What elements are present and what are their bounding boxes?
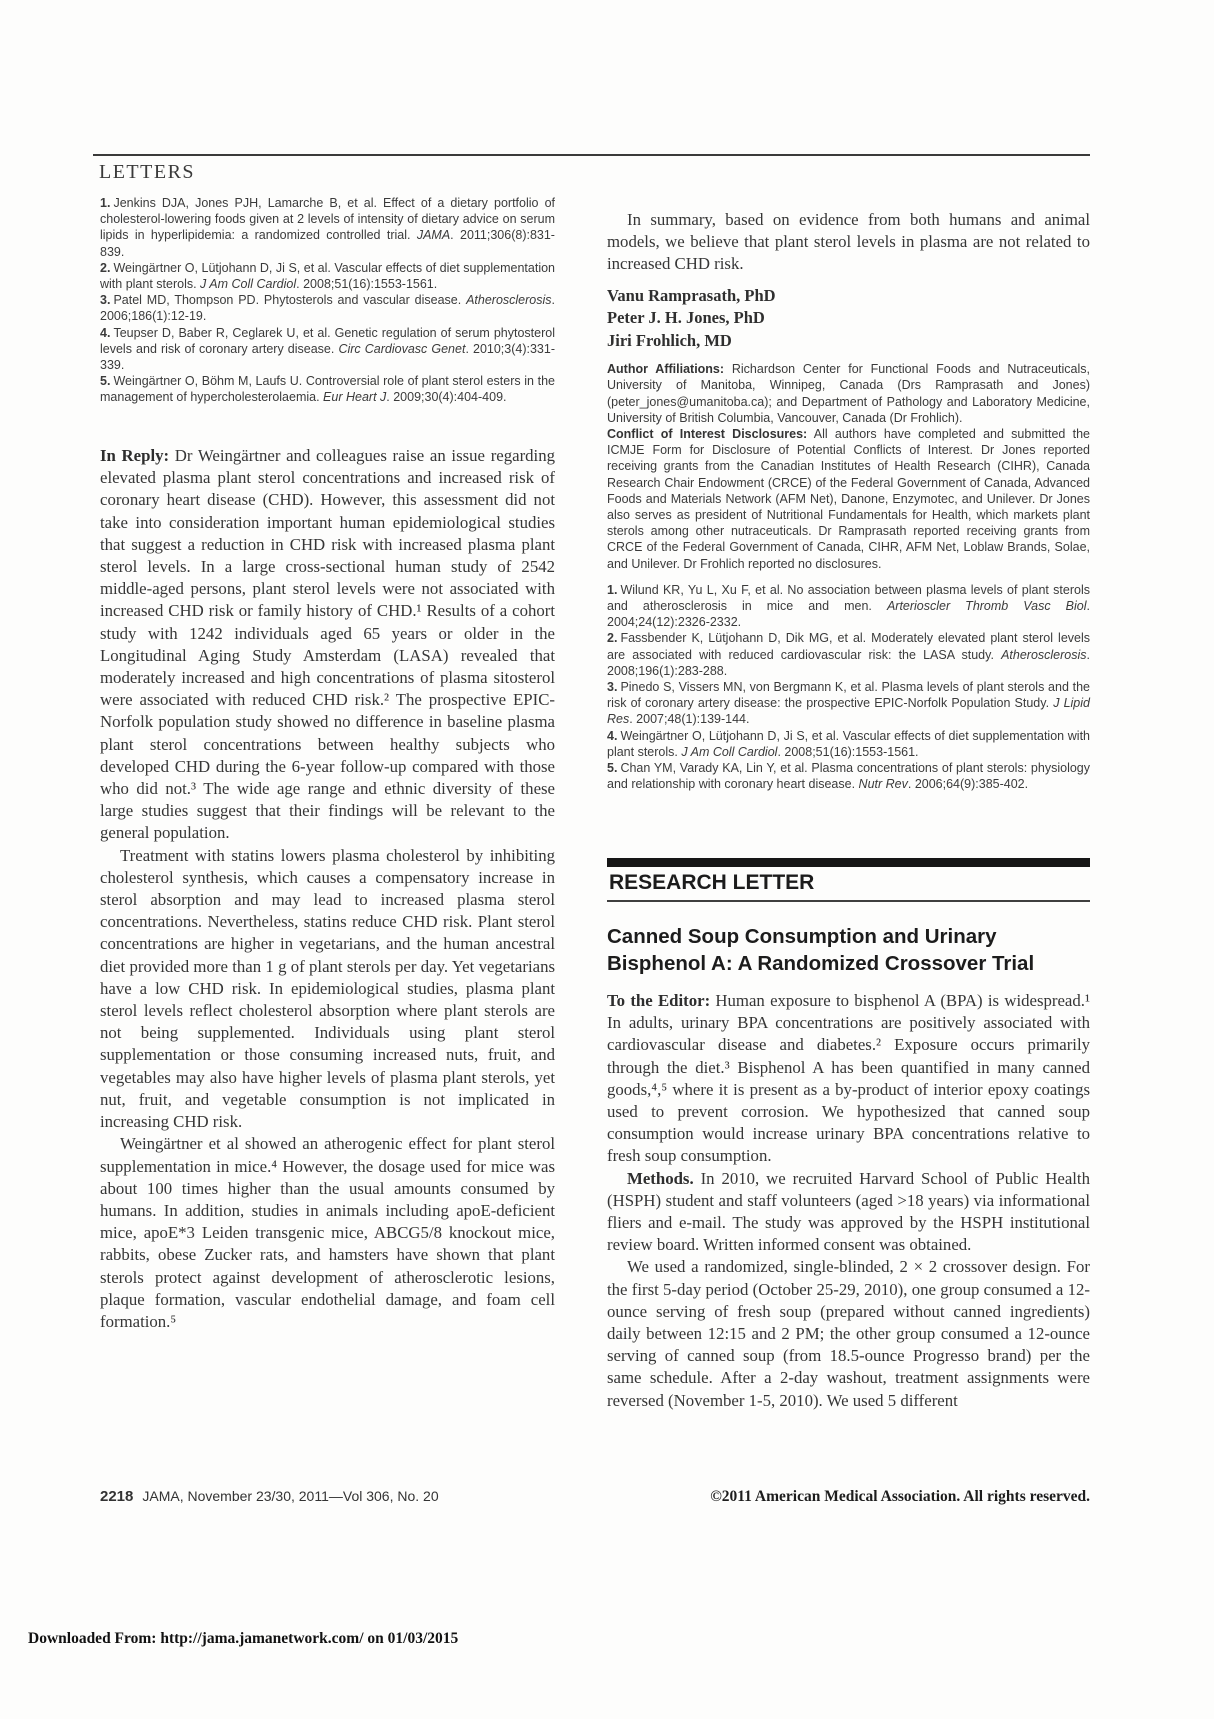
disclosures-text: All authors have completed and submitted… [607,427,1090,571]
reference-text: Wilund KR, Yu L, Xu F, et al. No associa… [607,583,1090,629]
reference-number: 5. [607,761,620,775]
author-name: Peter J. H. Jones, PhD [607,307,1090,330]
reference-item: 5.Chan YM, Varady KA, Lin Y, et al. Plas… [607,760,1090,792]
disclosures-label: Conflict of Interest Disclosures: [607,427,807,441]
reference-item: 5.Weingärtner O, Böhm M, Laufs U. Contro… [100,373,555,405]
reference-text: Weingärtner O, Lütjohann D, Ji S, et al.… [607,729,1090,759]
reference-number: 3. [607,680,620,694]
paragraph: To the Editor: Human exposure to bisphen… [607,990,1090,1168]
lead-text: In Reply: [100,446,169,465]
reference-number: 3. [100,293,113,307]
paragraph-text: We used a randomized, single-blinded, 2 … [607,1257,1090,1409]
journal-page: LETTERS 1.Jenkins DJA, Jones PJH, Lamarc… [0,0,1214,1719]
reference-item: 4.Teupser D, Baber R, Ceglarek U, et al.… [100,325,555,374]
paragraph-text: Weingärtner et al showed an atherogenic … [100,1134,555,1331]
reference-text: Patel MD, Thompson PD. Phytosterols and … [100,293,555,323]
research-letter-banner: RESEARCH LETTER [607,867,1090,902]
reference-item: 4.Weingärtner O, Lütjohann D, Ji S, et a… [607,728,1090,760]
footer-left: 2218JAMA, November 23/30, 2011—Vol 306, … [100,1488,439,1505]
paragraph-text: Treatment with statins lowers plasma cho… [100,846,555,1131]
reference-number: 4. [607,729,620,743]
footer-page-number: 2218 [100,1488,142,1505]
left-column: 1.Jenkins DJA, Jones PJH, Lamarche B, et… [100,195,555,406]
lead-text: To the Editor: [607,991,710,1010]
reference-text: Fassbender K, Lütjohann D, Dik MG, et al… [607,631,1090,677]
paragraph: Treatment with statins lowers plasma cho… [100,845,555,1134]
reference-text: Weingärtner O, Böhm M, Laufs U. Controve… [100,374,555,404]
reference-number: 1. [100,196,113,210]
reference-text: Pinedo S, Vissers MN, von Bergmann K, et… [607,680,1090,726]
paragraph-text: Dr Weingärtner and colleagues raise an i… [100,446,555,842]
references-list-left: 1.Jenkins DJA, Jones PJH, Lamarche B, et… [100,195,555,406]
paragraph: In Reply: Dr Weingärtner and colleagues … [100,445,555,845]
right-column: In summary, based on evidence from both … [607,195,1090,792]
reply-letter: In Reply: Dr Weingärtner and colleagues … [100,445,555,1333]
reference-item: 1.Wilund KR, Yu L, Xu F, et al. No assoc… [607,582,1090,631]
reference-text: Teupser D, Baber R, Ceglarek U, et al. G… [100,326,555,372]
reference-item: 2.Weingärtner O, Lütjohann D, Ji S, et a… [100,260,555,292]
article-body: To the Editor: Human exposure to bisphen… [607,990,1090,1412]
references-list-right: 1.Wilund KR, Yu L, Xu F, et al. No assoc… [607,582,1090,793]
paragraph-text: Human exposure to bisphenol A (BPA) is w… [607,991,1090,1165]
affiliations: Author Affiliations: Richardson Center f… [607,361,1090,426]
reference-item: 2.Fassbender K, Lütjohann D, Dik MG, et … [607,630,1090,679]
author-metadata: Author Affiliations: Richardson Center f… [607,361,1090,572]
closing-paragraph: In summary, based on evidence from both … [607,209,1090,276]
disclosures: Conflict of Interest Disclosures: All au… [607,426,1090,572]
paragraph: Weingärtner et al showed an atherogenic … [100,1133,555,1333]
reference-text: Weingärtner O, Lütjohann D, Ji S, et al.… [100,261,555,291]
reference-item: 1.Jenkins DJA, Jones PJH, Lamarche B, et… [100,195,555,260]
paragraph: Methods. In 2010, we recruited Harvard S… [607,1168,1090,1257]
reply-closing: In summary, based on evidence from both … [607,209,1090,276]
author-name: Jiri Frohlich, MD [607,330,1090,353]
reference-text: Chan YM, Varady KA, Lin Y, et al. Plasma… [607,761,1090,791]
paragraph: We used a randomized, single-blinded, 2 … [607,1256,1090,1411]
footer-journal-info: JAMA, November 23/30, 2011—Vol 306, No. … [142,1488,438,1504]
article-title: Canned Soup Consumption and Urinary Bisp… [607,923,1065,977]
reference-number: 2. [607,631,620,645]
section-label-letters: LETTERS [99,161,195,184]
reference-item: 3.Patel MD, Thompson PD. Phytosterols an… [100,292,555,324]
author-name: Vanu Ramprasath, PhD [607,285,1090,308]
affiliations-label: Author Affiliations: [607,362,724,376]
reference-number: 4. [100,326,113,340]
reference-item: 3.Pinedo S, Vissers MN, von Bergmann K, … [607,679,1090,728]
header-rule [93,154,1090,156]
reference-number: 2. [100,261,113,275]
footer-copyright: ©2011 American Medical Association. All … [607,1488,1090,1506]
reference-number: 5. [100,374,113,388]
reference-text: Jenkins DJA, Jones PJH, Lamarche B, et a… [100,196,555,259]
section-divider-bar [607,858,1090,867]
author-names: Vanu Ramprasath, PhD Peter J. H. Jones, … [607,285,1090,353]
reference-number: 1. [607,583,620,597]
research-letter-section: RESEARCH LETTER Canned Soup Consumption … [607,858,1090,1412]
lead-text: Methods. [627,1169,694,1188]
download-note: Downloaded From: http://jama.jamanetwork… [28,1630,458,1648]
